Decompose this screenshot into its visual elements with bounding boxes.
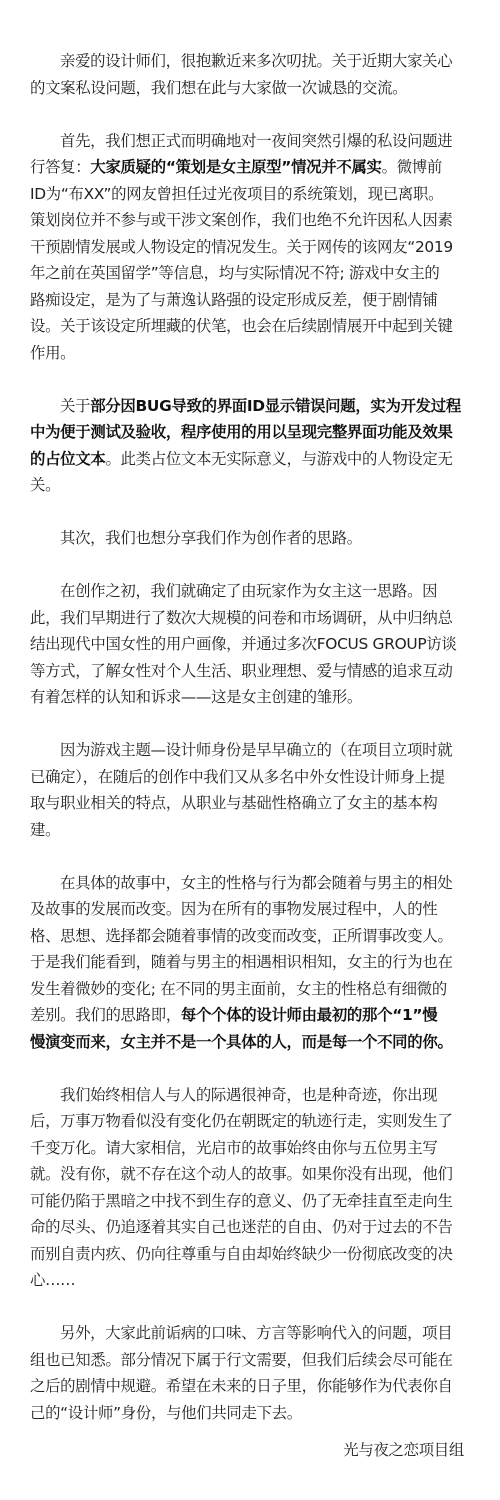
text-line: ID为“布XX”的网友曾担任过光夜项目的系统策划，现已离职。 [30,181,470,208]
text-line: 而别自责内疚、仍向往尊重与自由却始终缺少一份彻底改变的决 [30,1241,470,1268]
text: 等方式，了解女性对个人生活、职业理想、爱与情感的追求互动 [30,662,453,680]
text-line: 命的尽头、仍追逐着其实自己也迷茫的自由、仍对于过去的不告 [30,1214,470,1241]
text: 亲爱的设计师们，很抱歉近来多次叨扰。关于近期大家关心 [60,52,452,70]
paragraph: 因为游戏主题—设计师身份是早早确立的（在项目立项时就已确定），在随后的创作中我们… [30,737,470,843]
bold-text: 的占位文本 [30,450,105,468]
text: 可能仍陷于黑暗之中找不到生存的意义、仍了无牵挂直至走向生 [30,1192,453,1210]
text-line: 发生着微妙的变化; 在不同的男主面前，女主的性格总有细微的 [30,976,470,1003]
bold-text: 慢演变而来，女主并不是一个具体的人，而是每一个不同的你。 [30,1033,453,1051]
text-line: 的文案私设问题，我们想在此与大家做一次诚恳的交流。 [30,75,470,102]
text: 其次，我们也想分享我们作为创作者的思路。 [60,529,362,547]
text: 设。关于该设定所埋藏的伏笔，也会在后续剧情展开中起到关键 [30,317,453,335]
paragraph: 关于部分因BUG导致的界面ID显示错误问题，实为开发过程中为便于测试及验收，程序… [30,393,470,499]
text-line: 有着怎样的认知和诉求——这是女主创建的雏形。 [30,684,470,711]
text: 就。没有你，就不存在这个动人的故事。如果你没有出现，他们 [30,1165,453,1183]
text-line: 此，我们早期进行了数次大规模的问卷和市场调研，从中归纳总 [30,605,470,632]
bold-text: 每个个体的设计师由最初的那个“1”慢 [181,1006,437,1024]
text-line: 格、思想、选择都会随着事情的改变而改变，正所谓事改变人。 [30,923,470,950]
text: 作用。 [30,344,75,362]
text-line: 在具体的故事中，女主的性格与行为都会随着与男主的相处 [30,870,470,897]
bold-text: 中为便于测试及验收，程序使用的用以呈现完整界面功能及效果 [30,423,453,441]
text-line: 千变万化。请大家相信，光启市的故事始终由你与五位男主写 [30,1135,470,1162]
bold-text: 部分因BUG导致的界面ID显示错误问题，实为开发过程 [90,397,461,415]
text-line: 可能仍陷于黑暗之中找不到生存的意义、仍了无牵挂直至走向生 [30,1188,470,1215]
paragraph: 其次，我们也想分享我们作为创作者的思路。 [30,525,470,552]
text: 的文案私设问题，我们想在此与大家做一次诚恳的交流。 [30,79,407,97]
text: 千变万化。请大家相信，光启市的故事始终由你与五位男主写 [30,1139,437,1157]
paragraph: 亲爱的设计师们，很抱歉近来多次叨扰。关于近期大家关心的文案私设问题，我们想在此与… [30,48,470,101]
text-line: 其次，我们也想分享我们作为创作者的思路。 [30,525,470,552]
text: 行答复： [30,158,90,176]
text-line: 路痴设定，是为了与萧逸认路强的设定形成反差，便于剧情铺 [30,287,470,314]
text-line: 及故事的发展而改变。因为在所有的事物发展过程中，人的性 [30,896,470,923]
text: 格、思想、选择都会随着事情的改变而改变，正所谓事改变人。 [30,927,453,945]
text-line: 因为游戏主题—设计师身份是早早确立的（在项目立项时就 [30,737,470,764]
text: 我们始终相信人与人的际遇很神奇，也是种奇迹，你出现 [60,1086,437,1104]
text-line: 取与职业相关的特点，从职业与基础性格确立了女主的基本构 [30,790,470,817]
text: 关于 [60,397,90,415]
text: 另外，大家此前诟病的口味、方言等影响代入的问题，项目 [60,1324,452,1342]
text-line: 己的“设计师”身份，与他们共同走下去。 [30,1400,470,1427]
text: 及故事的发展而改变。因为在所有的事物发展过程中，人的性 [30,900,437,918]
text: 命的尽头、仍追逐着其实自己也迷茫的自由、仍对于过去的不告 [30,1218,453,1236]
text-line: 年之前在英国留学”等信息，均与实际情况不符; 游戏中女主的 [30,260,470,287]
text: 在创作之初，我们就确定了由玩家作为女主这一思路。因 [60,582,437,600]
bold-text: 大家质疑的“策划是女主原型”情况并不属实 [90,158,381,176]
text-line: 于是我们能看到，随着与男主的相遇相识相知，女主的行为也在 [30,949,470,976]
text: 策划岗位并不参与或干涉文案创作，我们也绝不允许因私人因素 [30,211,453,229]
text-line: 亲爱的设计师们，很抱歉近来多次叨扰。关于近期大家关心 [30,48,470,75]
text-line: 作用。 [30,340,470,367]
signature: 光与夜之恋项目组 [343,1437,464,1464]
text: 之后的剧情中规避。希望在未来的日子里，你能够作为代表你自 [30,1377,453,1395]
text: 于是我们能看到，随着与男主的相遇相识相知，女主的行为也在 [30,953,453,971]
text-line: 干预剧情发展或人物设定的情况发生。关于网传的该网友“2019 [30,234,470,261]
text: 建。 [30,821,60,839]
text-line: 已确定），在随后的创作中我们又从多名中外女性设计师身上提 [30,764,470,791]
paragraph: 另外，大家此前诟病的口味、方言等影响代入的问题，项目组也已知悉。部分情况下属于行… [30,1320,470,1426]
text-line: 组也已知悉。部分情况下属于行文需要，但我们后续会尽可能在 [30,1347,470,1374]
text: 组也已知悉。部分情况下属于行文需要，但我们后续会尽可能在 [30,1351,453,1369]
text: 结出现代中国女性的用户画像，并通过多次FOCUS GROUP访谈 [30,635,457,653]
text: 。微博前 [382,158,442,176]
text-line: 关于部分因BUG导致的界面ID显示错误问题，实为开发过程 [30,393,470,420]
text-line: 的占位文本。此类占位文本无实际意义，与游戏中的人物设定无 [30,446,470,473]
text-line: 慢演变而来，女主并不是一个具体的人，而是每一个不同的你。 [30,1029,470,1056]
text-line: 中为便于测试及验收，程序使用的用以呈现完整界面功能及效果 [30,419,470,446]
paragraph: 首先，我们想正式而明确地对一夜间突然引爆的私设问题进行答复：大家质疑的“策划是女… [30,128,470,367]
text: 取与职业相关的特点，从职业与基础性格确立了女主的基本构 [30,794,437,812]
text: 年之前在英国留学”等信息，均与实际情况不符; 游戏中女主的 [30,264,440,282]
text-line: 就。没有你，就不存在这个动人的故事。如果你没有出现，他们 [30,1161,470,1188]
text: 干预剧情发展或人物设定的情况发生。关于网传的该网友“2019 [30,238,453,256]
text: 差别。我们的思路即， [30,1006,181,1024]
text: 而别自责内疚、仍向往尊重与自由却始终缺少一份彻底改变的决 [30,1245,453,1263]
text-line: 后，万事万物看似没有变化仍在朝既定的轨迹行走，实则发生了 [30,1108,470,1135]
text-line: 我们始终相信人与人的际遇很神奇，也是种奇迹，你出现 [30,1082,470,1109]
text: 有着怎样的认知和诉求——这是女主创建的雏形。 [30,688,362,706]
text: 后，万事万物看似没有变化仍在朝既定的轨迹行走，实则发生了 [30,1112,453,1130]
text: 己的“设计师”身份，与他们共同走下去。 [30,1404,302,1422]
text: 路痴设定，是为了与萧逸认路强的设定形成反差，便于剧情铺 [30,291,437,309]
text-line: 设。关于该设定所埋藏的伏笔，也会在后续剧情展开中起到关键 [30,313,470,340]
text: 此，我们早期进行了数次大规模的问卷和市场调研，从中归纳总 [30,609,453,627]
text-line: 在创作之初，我们就确定了由玩家作为女主这一思路。因 [30,578,470,605]
text-line: 之后的剧情中规避。希望在未来的日子里，你能够作为代表你自 [30,1373,470,1400]
text: ID为“布XX”的网友曾担任过光夜项目的系统策划，现已离职。 [30,185,443,203]
text-line: 另外，大家此前诟病的口味、方言等影响代入的问题，项目 [30,1320,470,1347]
text-line: 策划岗位并不参与或干涉文案创作，我们也绝不允许因私人因素 [30,207,470,234]
text: 关。 [30,476,60,494]
text-line: 建。 [30,817,470,844]
text-line: 首先，我们想正式而明确地对一夜间突然引爆的私设问题进 [30,128,470,155]
text: 心…… [30,1271,75,1289]
text-line: 行答复：大家质疑的“策划是女主原型”情况并不属实。微博前 [30,154,470,181]
text-line: 差别。我们的思路即，每个个体的设计师由最初的那个“1”慢 [30,1002,470,1029]
text-line: 结出现代中国女性的用户画像，并通过多次FOCUS GROUP访谈 [30,631,470,658]
text-line: 等方式，了解女性对个人生活、职业理想、爱与情感的追求互动 [30,658,470,685]
text-line: 关。 [30,472,470,499]
text: 在具体的故事中，女主的性格与行为都会随着与男主的相处 [60,874,452,892]
text: 发生着微妙的变化; 在不同的男主面前，女主的性格总有细微的 [30,980,447,998]
text: 首先，我们想正式而明确地对一夜间突然引爆的私设问题进 [60,132,452,150]
text: 。此类占位文本无实际意义，与游戏中的人物设定无 [105,450,452,468]
paragraph: 在具体的故事中，女主的性格与行为都会随着与男主的相处及故事的发展而改变。因为在所… [30,870,470,1056]
paragraph: 在创作之初，我们就确定了由玩家作为女主这一思路。因此，我们早期进行了数次大规模的… [30,578,470,711]
text-line: 心…… [30,1267,470,1294]
text: 已确定），在随后的创作中我们又从多名中外女性设计师身上提 [30,768,445,786]
paragraph: 我们始终相信人与人的际遇很神奇，也是种奇迹，你出现后，万事万物看似没有变化仍在朝… [30,1082,470,1294]
announcement-body: 亲爱的设计师们，很抱歉近来多次叨扰。关于近期大家关心的文案私设问题，我们想在此与… [30,48,470,1453]
text: 因为游戏主题—设计师身份是早早确立的（在项目立项时就 [60,741,452,759]
